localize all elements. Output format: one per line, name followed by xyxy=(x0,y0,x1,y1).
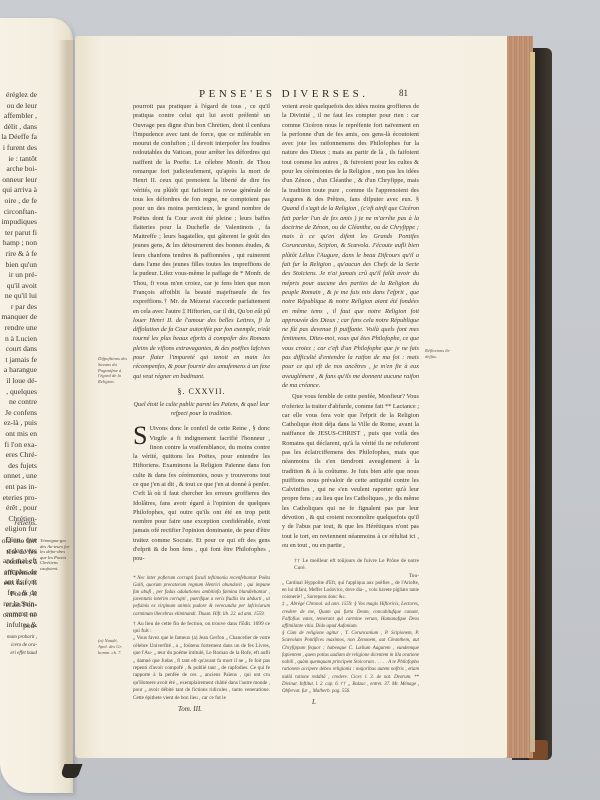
left-page-text-continued: ofa une forttête de fesconferes àaffûrém… xyxy=(0,536,37,631)
left-page-line: ie : tantôt xyxy=(0,154,37,165)
col2-paragraph: Que vous femble de cette penfée, Monfieu… xyxy=(282,392,419,550)
left-page-line: qu'il avoit xyxy=(0,281,37,292)
signature-mark: Tom. III. xyxy=(133,705,270,714)
left-page-line: r par des xyxy=(0,302,37,313)
margin-note-footnote: (a) Naudé, Apol. des Gr. homm. ch. 7. xyxy=(98,638,128,655)
left-page-line: n à Lucien xyxy=(0,334,37,345)
left-page-line: omme il ne xyxy=(0,610,37,621)
left-page-line: fi l'on exa- xyxy=(0,440,37,451)
left-page-line: eres Chré- xyxy=(0,450,37,461)
column-right: voient avoir quelquefois des idées moins… xyxy=(282,102,419,707)
left-page-line: ir un pré- xyxy=(0,270,37,281)
left-page-line: il loue dé- xyxy=(0,376,37,387)
left-page-line: manquer de xyxy=(0,312,37,323)
left-page-footnote-line: eri effet haud xyxy=(0,650,37,658)
right-page: PENSE'ES DIVERSES. 81 pourroit pas prati… xyxy=(75,36,507,758)
left-page-footnotes: mam probarit ,icero de ora-eri effet hau… xyxy=(0,634,37,658)
left-page-line: eux fait , fi xyxy=(0,578,37,589)
page-number: 81 xyxy=(399,88,408,98)
left-page-line: affûrément xyxy=(0,568,37,579)
left-page-line: t jamais fe xyxy=(0,355,37,366)
column-left: pourroit pas pratiquer à l'égard de tous… xyxy=(133,102,270,714)
margin-note-right: Réflexions là-deffus. xyxy=(425,348,459,360)
left-page-line: la Déeffe fa xyxy=(0,132,37,143)
left-page-line: affembler , xyxy=(0,111,37,122)
footnote-col2-c: § Cùm de religione agitur , T. Coruncani… xyxy=(282,630,419,695)
left-page-line: Je confens xyxy=(0,408,37,419)
left-page-line: hamp ; non xyxy=(0,238,37,249)
running-head: PENSE'ES DIVERSES. xyxy=(199,88,369,100)
left-page-line: des fujets xyxy=(0,461,37,472)
left-page-line: ofa une fort xyxy=(0,536,37,547)
left-page-line: qui arriva à xyxy=(0,185,37,196)
footnote-col2-b: ‡ „ Abrégé Chronol. ad ann. 1559. § Vos … xyxy=(282,601,419,630)
section-number: §. CXXVII. xyxy=(133,387,270,396)
footnote-dagger: † Au lieu de cette fin de fection, on tr… xyxy=(133,621,270,635)
left-page-line: ne contre xyxy=(0,397,37,408)
left-page-line: tête de fes xyxy=(0,547,37,558)
col1-italic-quote: Qu'on eût pû louer Henri II. de l'amour … xyxy=(133,308,270,380)
left-page-line: érêt , pour xyxy=(0,503,37,514)
left-page-line: ne qu'il lui xyxy=(0,291,37,302)
left-page-line: pou- xyxy=(0,621,37,632)
left-page-subheading: rétiens. xyxy=(0,518,37,529)
left-page-line: rétiens. xyxy=(0,518,37,529)
footnote-double-dagger: †† Le meilleur eft toûjours de fuivre Le… xyxy=(282,558,419,572)
left-page-line: bien qu'un xyxy=(0,260,37,271)
left-page-line: i furent des xyxy=(0,143,37,154)
left-page-line: ou de leur xyxy=(0,101,37,112)
left-page-line: eteries pro- xyxy=(0,493,37,504)
section-title: Quel étoit le culte public parmi les Paï… xyxy=(133,400,270,418)
left-page-line: arche boi- xyxy=(0,164,37,175)
left-page-line: onnet , une xyxy=(0,471,37,482)
col2-italic-quote: Quand il s'agit de la Religion , (c'eft … xyxy=(282,205,419,389)
margin-note-left: Difpofitions des Savans du Paganifme à l… xyxy=(98,356,130,385)
footnote-col2-a: „ Cardinal Hyppolite d'Eft, qui l'appliq… xyxy=(282,580,419,602)
book-cover-corner-left xyxy=(59,764,82,778)
footnote-quote: „ Vous favez que le fameux (a) Jean Gerf… xyxy=(133,635,270,702)
left-page-line: rire & à fe xyxy=(0,249,37,260)
left-page-line: ont mis en xyxy=(0,429,37,440)
section-body: Uivons donc le confeil de cette Reine , … xyxy=(133,425,270,562)
left-page-line: impudiques xyxy=(0,217,37,228)
left-page-footnote-line: icero de ora- xyxy=(0,642,37,650)
marbled-edge xyxy=(530,52,535,752)
page-block-edges xyxy=(505,36,533,758)
left-page-line: Poete , il xyxy=(0,589,37,600)
left-page-line: rendre une xyxy=(0,323,37,334)
left-page-line: conferes à xyxy=(0,557,37,568)
footnote-star: * Nec inter pofterum corrupti faculi tef… xyxy=(133,575,270,618)
left-page-line: , quelques xyxy=(0,387,37,398)
left-page-line: ter parut fi xyxy=(0,228,37,239)
left-page-line: ez-là , puis xyxy=(0,418,37,429)
left-page-footnote-line: mam probarit , xyxy=(0,634,37,642)
left-page-line: circonftan- xyxy=(0,207,37,218)
col1-text: pourroit pas pratiquer à l'égard de tous… xyxy=(133,103,270,315)
left-page-line: onneur leur xyxy=(0,175,37,186)
left-page-line: a harangue xyxy=(0,365,37,376)
left-page-line: ent pas in- xyxy=(0,482,37,493)
signature-mark-col2: L xyxy=(282,698,419,707)
catchword: Tou- xyxy=(282,573,419,580)
drop-cap: S xyxy=(133,426,147,446)
left-page-line: court dans xyxy=(0,344,37,355)
left-page-line: oire , de fe xyxy=(0,196,37,207)
left-page-line: erain Pon- xyxy=(0,600,37,611)
left-page-line: délit , dans xyxy=(0,122,37,133)
left-page-line: éréglez de xyxy=(0,90,37,101)
col2-text: voient avoir quelquefois des idées moins… xyxy=(282,103,419,203)
